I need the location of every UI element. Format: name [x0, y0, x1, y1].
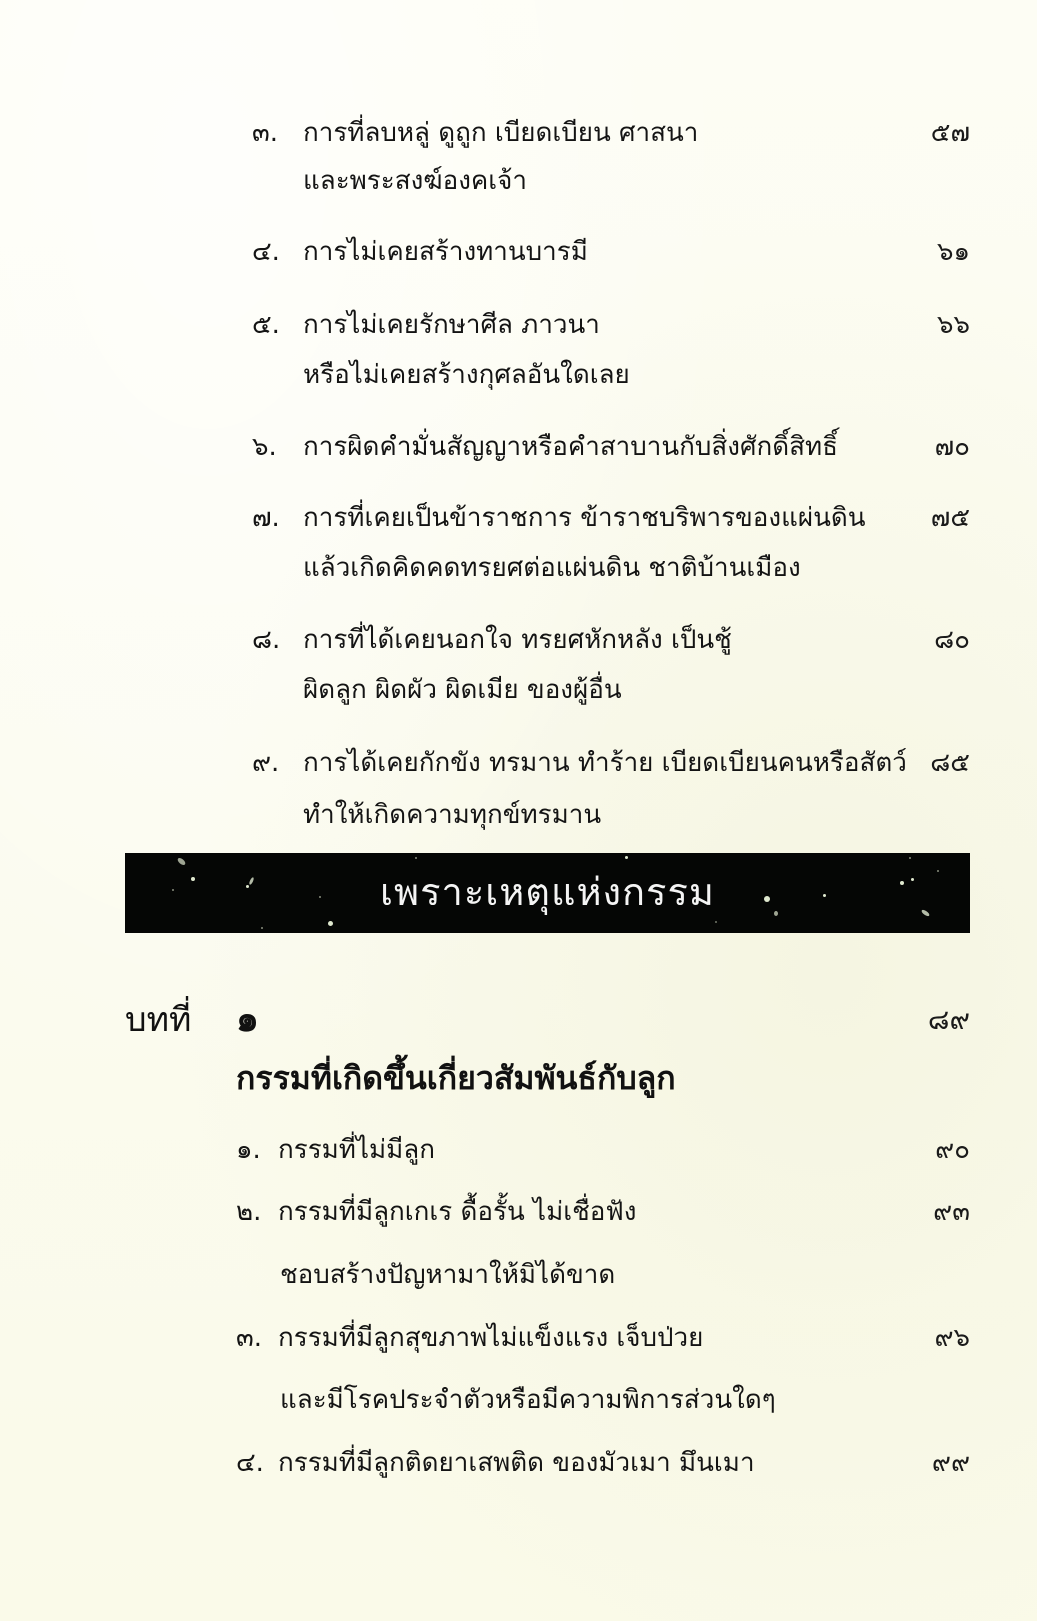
chapter-item-title[interactable]: กรรมที่มีลูกเกเร ดื้อรั้น ไม่เชื่อฟัง — [278, 1195, 636, 1229]
toc-item-title[interactable]: การไม่เคยสร้างทานบารมี — [303, 235, 588, 269]
chapter-item-page-number: ๙๐ — [935, 1133, 970, 1167]
section-banner: เพราะเหตุแห่งกรรม — [125, 853, 970, 933]
chapter-item-title-continued: และมีโรคประจำตัวหรือมีความพิการส่วนใดๆ — [280, 1383, 776, 1417]
toc-item-number: ๖. — [252, 430, 277, 464]
toc-item-title[interactable]: การได้เคยกักขัง ทรมาน ทำร้าย เบียดเบียนค… — [303, 746, 907, 780]
toc-item-title[interactable]: การไม่เคยรักษาศีล ภาวนา — [303, 308, 600, 342]
star-decoration — [176, 857, 186, 867]
toc-item-title-continued: ทำให้เกิดความทุกข์ทรมาน — [303, 798, 601, 832]
toc-page-number: ๖๑ — [937, 235, 970, 269]
chapter-page-number: ๘๙ — [928, 1003, 970, 1037]
star-decoration — [625, 856, 628, 859]
chapter-number: ๑ — [236, 1000, 259, 1040]
toc-page-number: ๗๕ — [931, 501, 970, 535]
toc-item-title[interactable]: การที่ได้เคยนอกใจ ทรยศหักหลัง เป็นชู้ — [303, 623, 732, 657]
toc-page-number: ๘๐ — [934, 623, 970, 657]
chapter-item-title[interactable]: กรรมที่ไม่มีลูก — [278, 1133, 435, 1167]
toc-item-title-continued: ผิดลูก ผิดผัว ผิดเมีย ของผู้อื่น — [303, 673, 622, 707]
chapter-item-number: ๑. — [236, 1133, 261, 1167]
toc-item-title[interactable]: การที่ลบหลู่ ดูถูก เบียดเบียน ศาสนา — [303, 116, 698, 150]
chapter-item-title-continued: ชอบสร้างปัญหามาให้มิได้ขาด — [280, 1258, 615, 1292]
toc-item-number: ๕. — [252, 308, 280, 342]
star-decoration — [261, 927, 263, 929]
toc-item-title-continued: และพระสงฆ์องคเจ้า — [303, 164, 527, 198]
banner-title: เพราะเหตุแห่งกรรม — [125, 867, 970, 917]
toc-item-number: ๘. — [252, 623, 280, 657]
toc-item-title[interactable]: การผิดคำมั่นสัญญาหรือคำสาบานกับสิ่งศักดิ… — [303, 430, 838, 464]
toc-item-title-continued: หรือไม่เคยสร้างกุศลอันใดเลย — [303, 358, 630, 392]
chapter-item-number: ๒. — [236, 1195, 261, 1229]
chapter-item-page-number: ๙๓ — [933, 1195, 970, 1229]
star-decoration — [415, 857, 417, 859]
toc-page-number: ๗๐ — [935, 430, 970, 464]
toc-page-number: ๖๖ — [937, 308, 970, 342]
chapter-item-number: ๓. — [236, 1321, 262, 1355]
chapter-item-title[interactable]: กรรมที่มีลูกติดยาเสพติด ของมัวเมา มึนเมา — [278, 1446, 755, 1480]
star-decoration — [715, 921, 717, 923]
toc-page-number: ๕๗ — [931, 116, 970, 150]
chapter-title[interactable]: กรรมที่เกิดขึ้นเกี่ยวสัมพันธ์กับลูก — [236, 1058, 676, 1098]
star-decoration — [909, 857, 911, 859]
chapter-item-page-number: ๙๖ — [934, 1321, 970, 1355]
toc-item-number: ๔. — [252, 235, 280, 269]
chapter-item-title[interactable]: กรรมที่มีลูกสุขภาพไม่แข็งแรง เจ็บป่วย — [278, 1321, 703, 1355]
toc-item-title-continued: แล้วเกิดคิดคดทรยศต่อแผ่นดิน ชาติบ้านเมือ… — [303, 551, 801, 585]
toc-item-number: ๓. — [252, 116, 278, 150]
toc-page-number: ๘๕ — [930, 746, 970, 780]
toc-item-title[interactable]: การที่เคยเป็นข้าราชการ ข้าราชบริพารของแผ… — [303, 501, 866, 535]
toc-item-number: ๗. — [252, 501, 280, 535]
chapter-item-page-number: ๙๙ — [932, 1446, 970, 1480]
star-decoration — [328, 921, 333, 926]
toc-item-number: ๙. — [252, 746, 279, 780]
chapter-item-number: ๔. — [236, 1446, 264, 1480]
chapter-label: บทที่ — [125, 1000, 191, 1040]
